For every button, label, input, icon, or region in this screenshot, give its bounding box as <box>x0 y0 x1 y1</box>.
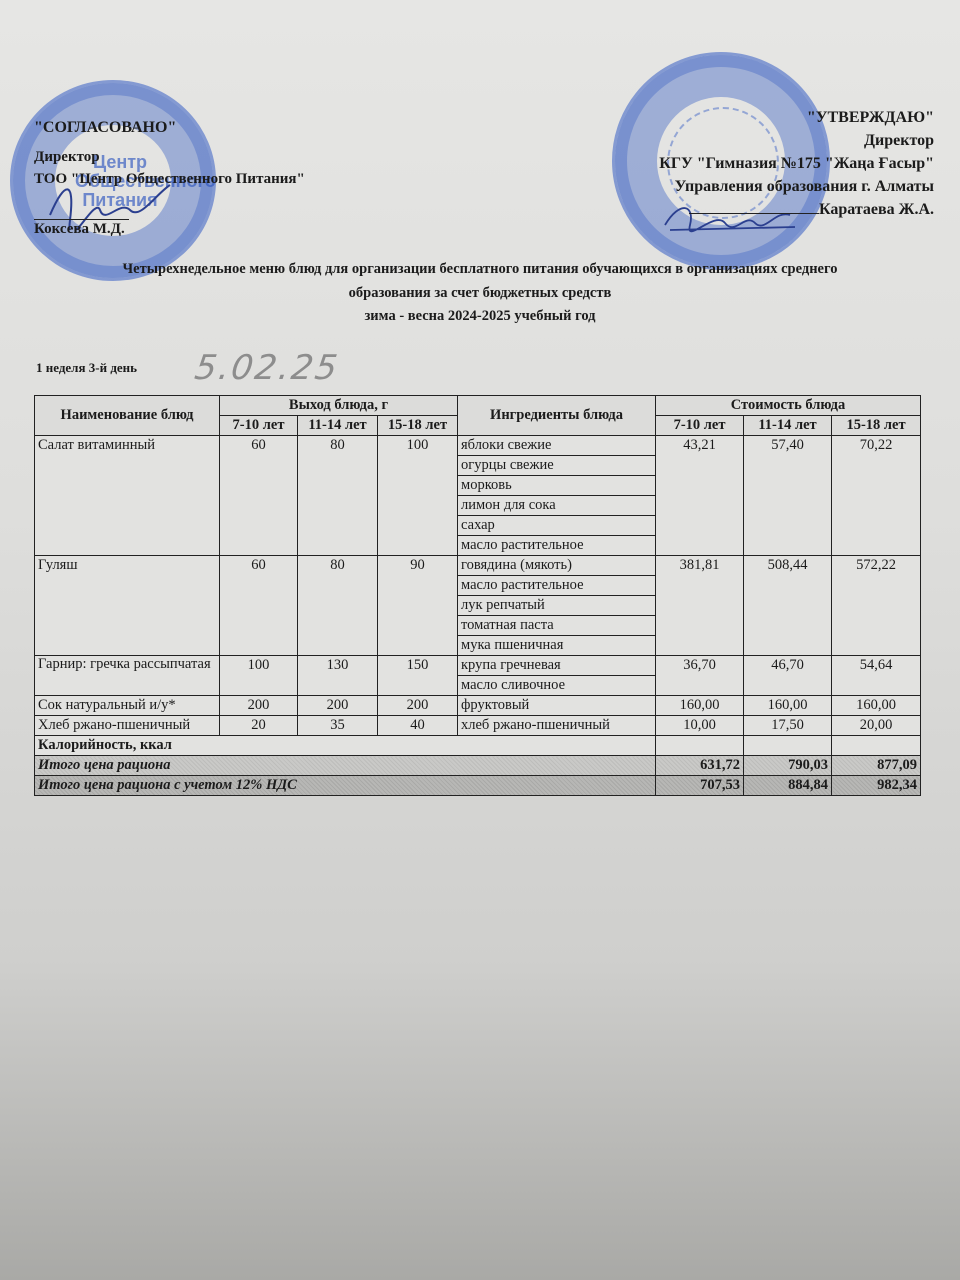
ingredient: хлеб ржано-пшеничный <box>458 716 656 736</box>
ingredient: масло сливочное <box>458 676 656 696</box>
title-line-2: образования за счет бюджетных средств <box>0 286 960 301</box>
handwritten-date: 5.02.25 <box>192 348 341 388</box>
dish-cost: 10,00 <box>656 716 744 736</box>
total-7-10: 631,72 <box>656 756 744 776</box>
total-label: Итого цена рациона <box>35 756 656 776</box>
day-label: 1 неделя 3-й день <box>36 360 137 376</box>
ingredient: яблоки свежие <box>458 436 656 456</box>
dish-name: Сок натуральный и/у* <box>35 696 220 716</box>
dish-yield: 130 <box>298 656 378 696</box>
signatory-name: Каратаева Ж.А. <box>819 201 934 218</box>
header-dish-name: Наименование блюд <box>35 396 220 436</box>
dish-cost: 508,44 <box>744 556 832 656</box>
dish-yield: 80 <box>298 556 378 656</box>
calories-label: Калорийность, ккал <box>35 736 656 756</box>
approval-heading-left: "СОГЛАСОВАНО" <box>34 120 176 136</box>
dish-name: Гарнир: гречка рассыпчатая <box>35 656 220 696</box>
total-row: Итого цена рациона 631,72 790,03 877,09 <box>35 756 921 776</box>
dish-yield: 35 <box>298 716 378 736</box>
header-ingredients: Ингредиенты блюда <box>458 396 656 436</box>
approval-organization-left: ТОО "Центр Общественного Питания" <box>34 172 305 187</box>
calories-row: Калорийность, ккал <box>35 736 921 756</box>
dish-yield: 200 <box>220 696 298 716</box>
title-line-1: Четырехнедельное меню блюд для организац… <box>0 262 960 277</box>
calories-value-11-14 <box>744 736 832 756</box>
dish-cost: 54,64 <box>832 656 921 696</box>
ingredient: морковь <box>458 476 656 496</box>
header-cost-age-15-18: 15-18 лет <box>832 416 921 436</box>
ingredient: огурцы свежие <box>458 456 656 476</box>
dish-yield: 90 <box>378 556 458 656</box>
dish-cost: 57,40 <box>744 436 832 556</box>
header-yield: Выход блюда, г <box>220 396 458 416</box>
title-line-3: зима - весна 2024-2025 учебный год <box>0 309 960 324</box>
dish-cost: 572,22 <box>832 556 921 656</box>
header-cost-age-7-10: 7-10 лет <box>656 416 744 436</box>
ingredient: мука пшеничная <box>458 636 656 656</box>
dish-cost: 160,00 <box>656 696 744 716</box>
dish-name: Салат витаминный <box>35 436 220 556</box>
approval-organization-right: КГУ "Гимназия №175 "Жаңа Ғасыр" <box>659 156 934 172</box>
header-cost: Стоимость блюда <box>656 396 921 416</box>
dish-yield: 100 <box>220 656 298 696</box>
dish-yield: 150 <box>378 656 458 696</box>
ingredient: томатная паста <box>458 616 656 636</box>
total-11-14: 790,03 <box>744 756 832 776</box>
total-vat-row: Итого цена рациона с учетом 12% НДС 707,… <box>35 776 921 796</box>
dish-yield: 60 <box>220 556 298 656</box>
dish-yield: 200 <box>298 696 378 716</box>
table-row: Хлеб ржано-пшеничный203540хлеб ржано-пше… <box>35 716 921 736</box>
ingredient: лимон для сока <box>458 496 656 516</box>
dish-cost: 160,00 <box>744 696 832 716</box>
approval-block-right: "УТВЕРЖДАЮ" Директор КГУ "Гимназия №175 … <box>659 110 934 225</box>
approval-position-right: Директор <box>659 133 934 149</box>
dish-yield: 80 <box>298 436 378 556</box>
dish-yield: 40 <box>378 716 458 736</box>
calories-value-15-18 <box>832 736 921 756</box>
dish-yield: 200 <box>378 696 458 716</box>
document-title: Четырехнедельное меню блюд для организац… <box>0 262 960 333</box>
ingredient: масло растительное <box>458 536 656 556</box>
dish-cost: 70,22 <box>832 436 921 556</box>
header-yield-age-15-18: 15-18 лет <box>378 416 458 436</box>
dish-yield: 100 <box>378 436 458 556</box>
dish-cost: 36,70 <box>656 656 744 696</box>
ingredient: масло растительное <box>458 576 656 596</box>
ingredient: фруктовый <box>458 696 656 716</box>
total-vat-15-18: 982,34 <box>832 776 921 796</box>
total-vat-7-10: 707,53 <box>656 776 744 796</box>
dish-name: Гуляш <box>35 556 220 656</box>
table-row: Гарнир: гречка рассыпчатая100130150крупа… <box>35 656 921 676</box>
dish-cost: 20,00 <box>832 716 921 736</box>
table-row: Сок натуральный и/у*200200200фруктовый16… <box>35 696 921 716</box>
approval-position-left: Директор <box>34 150 100 165</box>
total-15-18: 877,09 <box>832 756 921 776</box>
dish-cost: 43,21 <box>656 436 744 556</box>
menu-table-body: Салат витаминный6080100яблоки свежие43,2… <box>35 436 921 736</box>
dish-cost: 46,70 <box>744 656 832 696</box>
approval-signatory-left: Коксева М.Д. <box>34 222 125 237</box>
dish-cost: 17,50 <box>744 716 832 736</box>
dish-name: Хлеб ржано-пшеничный <box>35 716 220 736</box>
approval-heading-right: "УТВЕРЖДАЮ" <box>659 110 934 126</box>
approval-department-right: Управления образования г. Алматы <box>659 179 934 195</box>
header-yield-age-7-10: 7-10 лет <box>220 416 298 436</box>
total-vat-label: Итого цена рациона с учетом 12% НДС <box>35 776 656 796</box>
approval-signatory-right: Каратаева Ж.А. <box>659 202 934 218</box>
ingredient: сахар <box>458 516 656 536</box>
header-yield-age-11-14: 11-14 лет <box>298 416 378 436</box>
ingredient: лук репчатый <box>458 596 656 616</box>
dish-cost: 381,81 <box>656 556 744 656</box>
total-vat-11-14: 884,84 <box>744 776 832 796</box>
dish-yield: 60 <box>220 436 298 556</box>
dish-yield: 20 <box>220 716 298 736</box>
ingredient: говядина (мякоть) <box>458 556 656 576</box>
dish-cost: 160,00 <box>832 696 921 716</box>
table-row: Салат витаминный6080100яблоки свежие43,2… <box>35 436 921 456</box>
header-cost-age-11-14: 11-14 лет <box>744 416 832 436</box>
signature-line-left <box>34 219 129 220</box>
table-row: Гуляш608090говядина (мякоть)381,81508,44… <box>35 556 921 576</box>
ingredient: крупа гречневая <box>458 656 656 676</box>
menu-table: Наименование блюд Выход блюда, г Ингреди… <box>34 395 921 796</box>
calories-value-7-10 <box>656 736 744 756</box>
